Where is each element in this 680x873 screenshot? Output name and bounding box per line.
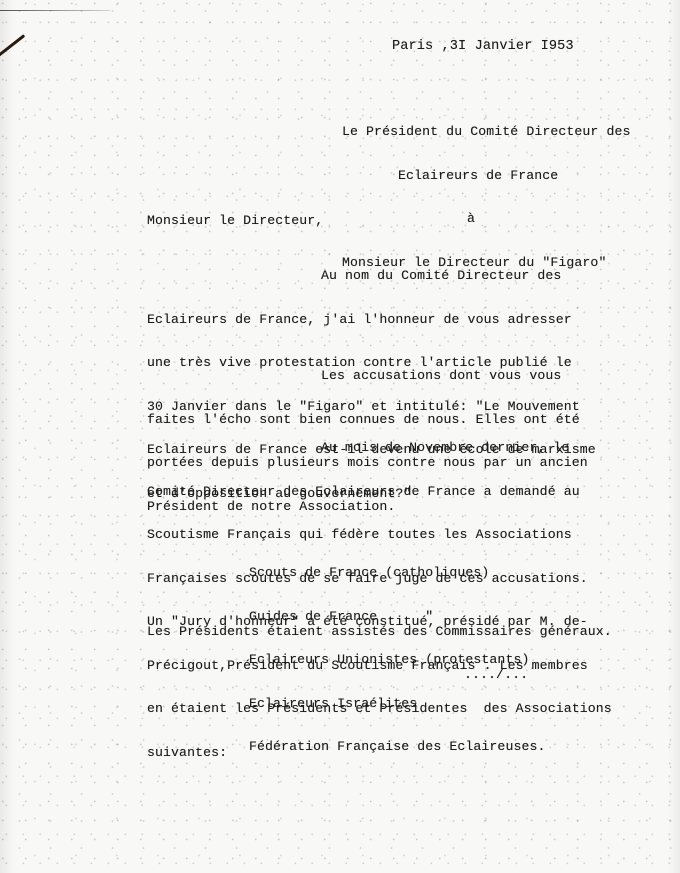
paragraph-line: Les accusations dont vous vous <box>147 369 588 384</box>
association-item: Guides de France " <box>249 610 546 625</box>
pen-mark <box>0 34 25 59</box>
continuation-mark: ..../... <box>464 668 528 683</box>
association-item: Scouts de France (catholiques) <box>249 566 546 581</box>
paragraph-line: Au mois de Novembre dernier, le <box>147 441 612 456</box>
paragraph-line: Eclaireurs de France, j'ai l'honneur de … <box>147 313 596 328</box>
header-sender-line: Le Président du Comité Directeur des <box>342 125 631 140</box>
association-item: Fédération Française des Eclaireuses. <box>249 740 546 755</box>
association-item: Eclaireurs Israélites <box>249 697 546 712</box>
paper-edge-shadow <box>0 10 110 11</box>
closing-line: Les Présidents étaient assistés des Comm… <box>147 625 612 640</box>
association-item: Eclaireurs Unionistes (protestants) <box>249 653 546 668</box>
scanned-letter-page: Paris ,3I Janvier I953 Le Président du C… <box>0 0 680 873</box>
associations-list: Scouts de France (catholiques) Guides de… <box>249 537 546 784</box>
salutation: Monsieur le Directeur, <box>147 214 323 229</box>
paragraph-line: Au nom du Comité Directeur des <box>147 269 596 284</box>
paragraph-line: Comité Directeur des Eclaireurs de Franc… <box>147 485 612 500</box>
date-line: Paris ,3I Janvier I953 <box>392 40 574 55</box>
header-to-line: à <box>342 212 631 227</box>
header-organization-line: Eclaireurs de France <box>342 169 631 184</box>
